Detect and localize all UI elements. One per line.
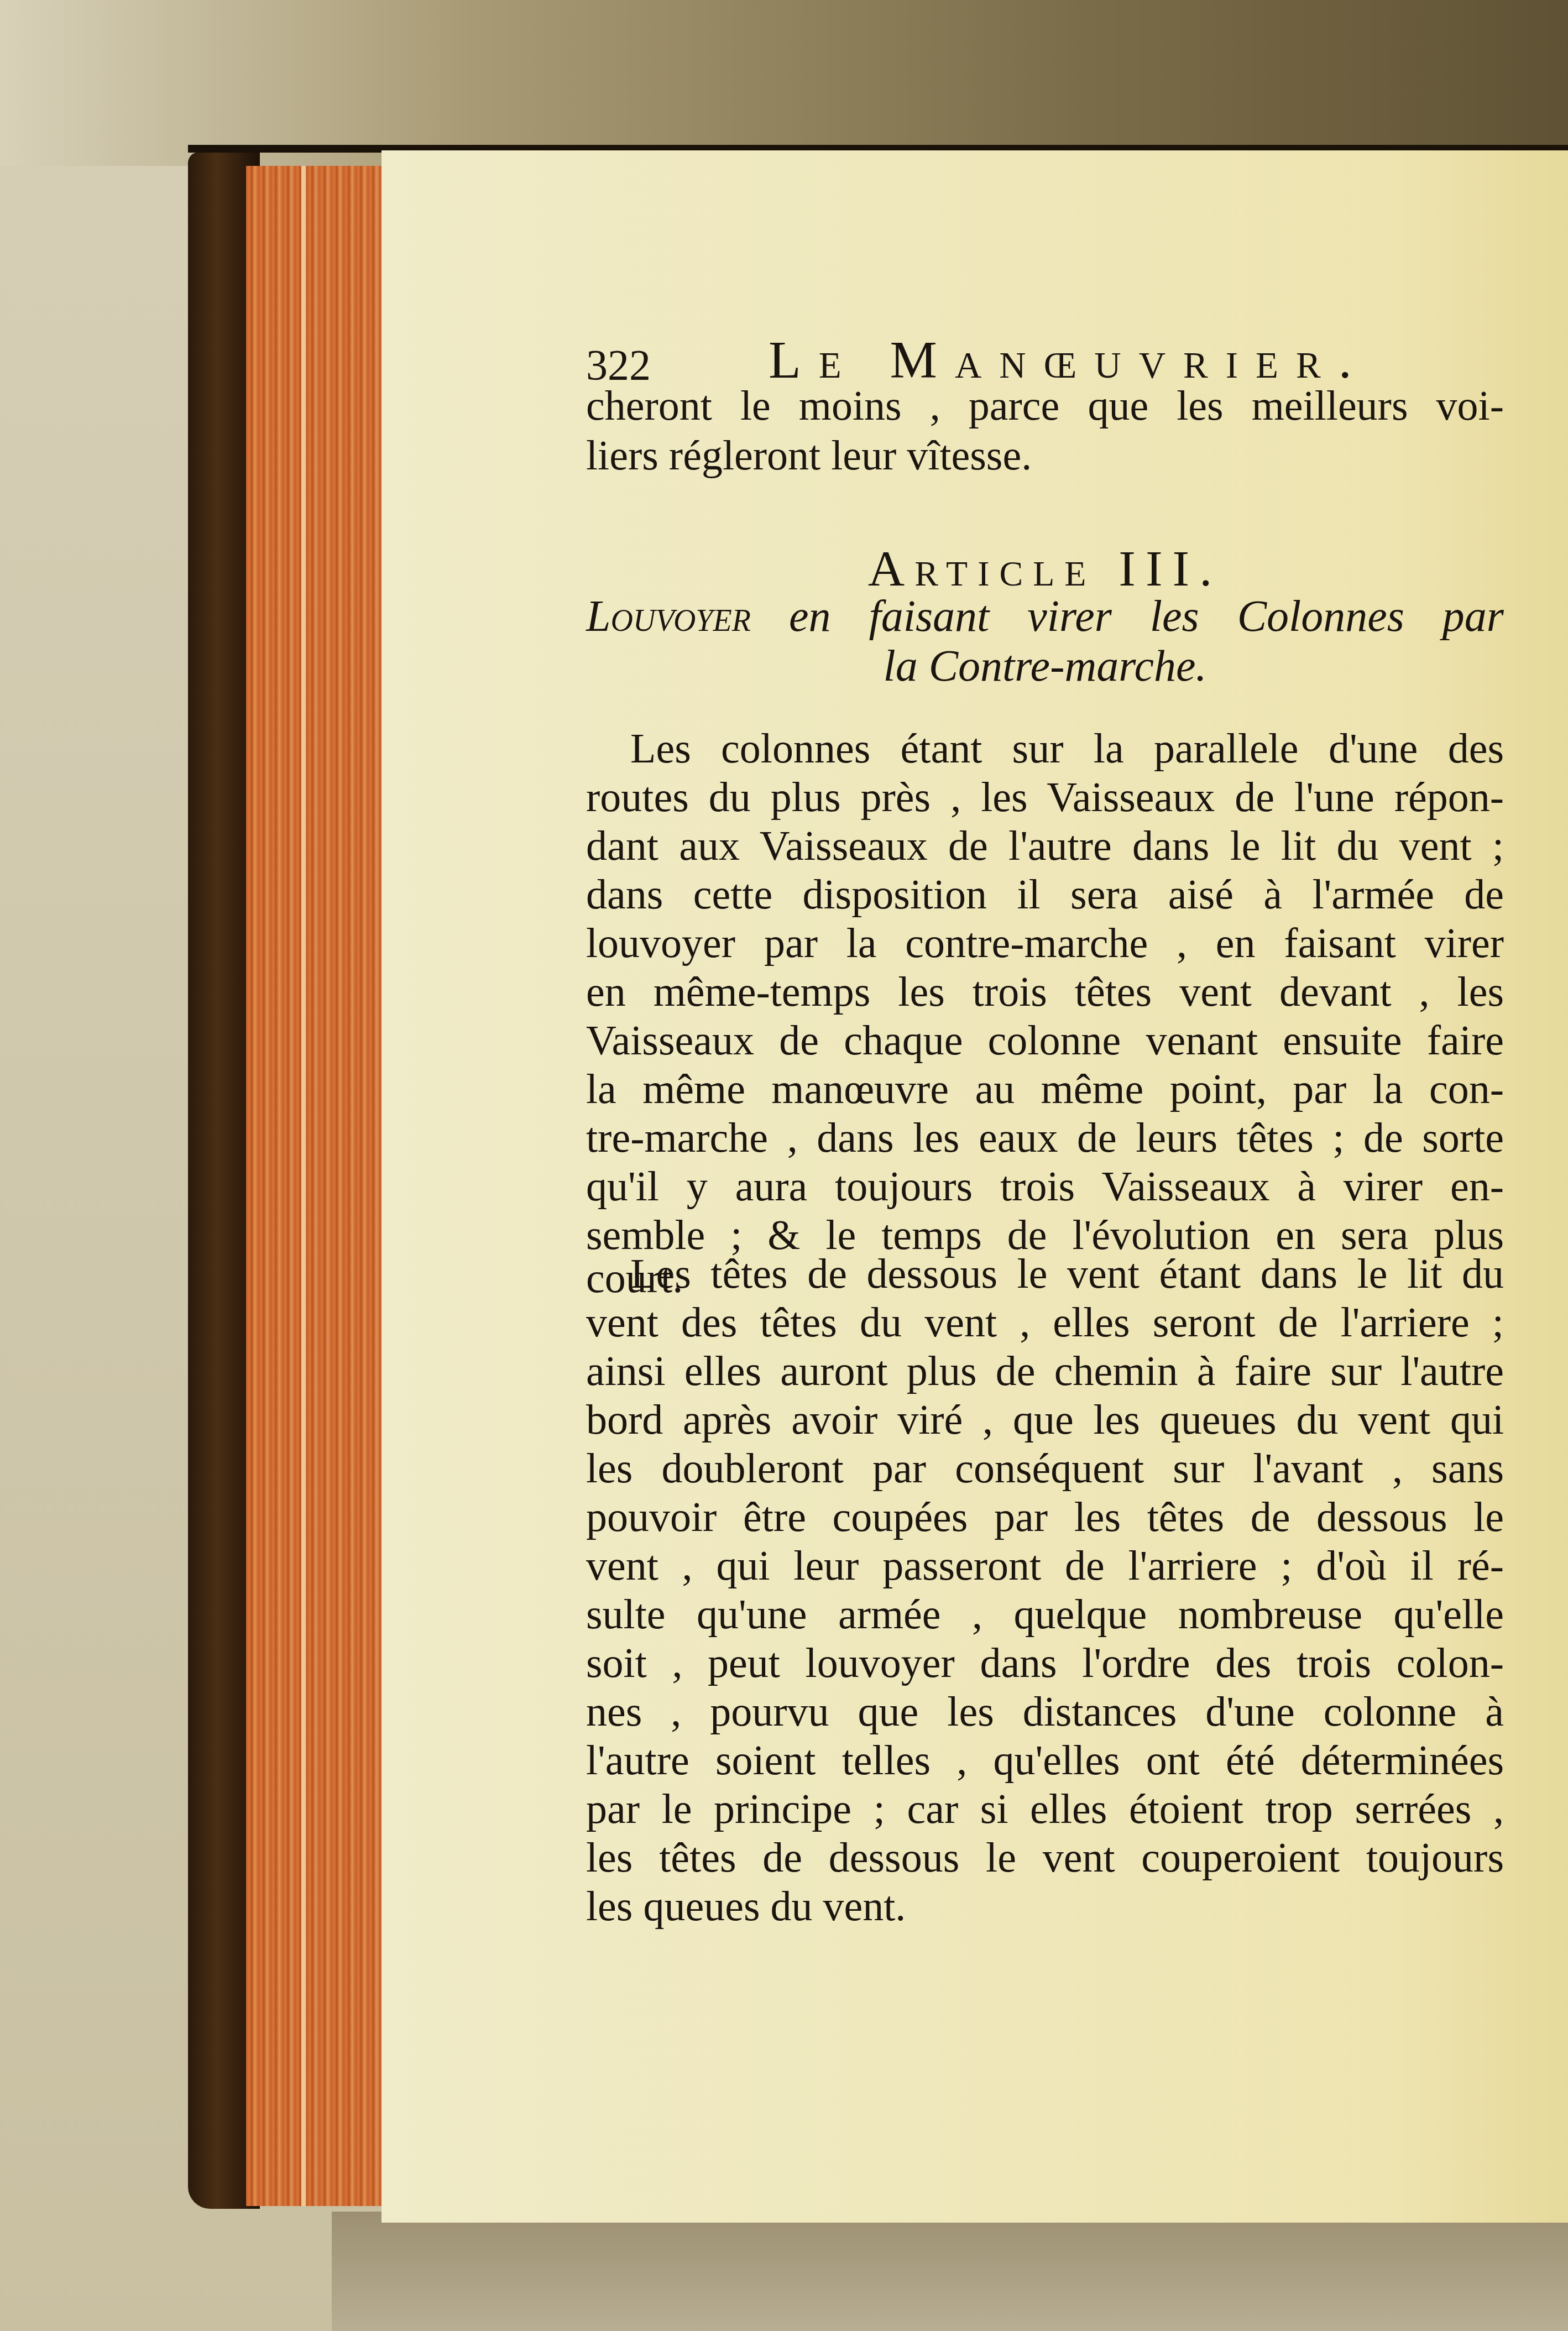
scan-background-top: [0, 0, 1568, 166]
paragraph-line: la même manœuvre au même point, par la c…: [586, 1065, 1504, 1114]
paragraph-line: Les colonnes étant sur la parallele d'un…: [586, 724, 1504, 773]
paragraph-line: les têtes de dessous le vent couperoient…: [586, 1833, 1504, 1882]
subtitle-rest: en faisant virer les Colonnes par: [751, 592, 1504, 641]
article-heading: Article III.: [586, 539, 1504, 598]
page-block-gap: [301, 166, 306, 2206]
page-block-edge: [246, 166, 381, 2206]
paragraph-line: routes du plus près , les Vaisseaux de l…: [586, 773, 1504, 822]
paragraph-line: Vaisseaux de chaque colonne venant ensui…: [586, 1016, 1504, 1065]
paragraph-line: l'autre soient telles , qu'elles ont été…: [586, 1736, 1504, 1785]
paragraph-line: par le principe ; car si elles étoient t…: [586, 1785, 1504, 1833]
paragraph-line: vent , qui leur passeront de l'arriere ;…: [586, 1541, 1504, 1590]
article-subtitle-line-2: la Contre-marche.: [586, 641, 1504, 692]
paragraph-line: dans cette disposition il sera aisé à l'…: [586, 870, 1504, 919]
paragraph-line: les queues du vent.: [586, 1882, 1504, 1931]
paragraph-line: louvoyer par la contre-marche , en faisa…: [586, 919, 1504, 968]
paragraph-line: pouvoir être coupées par les têtes de de…: [586, 1493, 1504, 1541]
paragraph-line: bord après avoir viré , que les queues d…: [586, 1396, 1504, 1444]
continuation-line: cheront le moins , parce que les meilleu…: [586, 381, 1504, 430]
paragraph-line: vent des têtes du vent , elles seront de…: [586, 1298, 1504, 1347]
paragraph-line: dant aux Vaisseaux de l'autre dans le li…: [586, 822, 1504, 870]
continuation-line: liers régleront leur vîtesse.: [586, 431, 1504, 480]
article-subtitle-line-1: Louvoyer en faisant virer les Colonnes p…: [586, 592, 1504, 642]
paragraph-line: les doubleront par conséquent sur l'avan…: [586, 1444, 1504, 1493]
scan-background-shadow: [332, 2212, 1568, 2331]
paragraph-line: soit , peut louvoyer dans l'ordre des tr…: [586, 1639, 1504, 1687]
paragraph-line: ainsi elles auront plus de chemin à fair…: [586, 1347, 1504, 1396]
paragraph-line: qu'il y aura toujours trois Vaisseaux à …: [586, 1162, 1504, 1211]
paragraph-line: nes , pourvu que les distances d'une col…: [586, 1687, 1504, 1736]
paragraph-line: tre-marche , dans les eaux de leurs tête…: [586, 1114, 1504, 1162]
running-header: 322 Le Manœuvrier.: [586, 329, 1504, 390]
paragraph-line: en même-temps les trois têtes vent devan…: [586, 968, 1504, 1016]
paragraph-line: Les têtes de dessous le vent étant dans …: [586, 1250, 1504, 1298]
paragraph-line: sulte qu'une armée , quelque nombreuse q…: [586, 1590, 1504, 1639]
subtitle-lead-word: Louvoyer: [586, 592, 751, 641]
